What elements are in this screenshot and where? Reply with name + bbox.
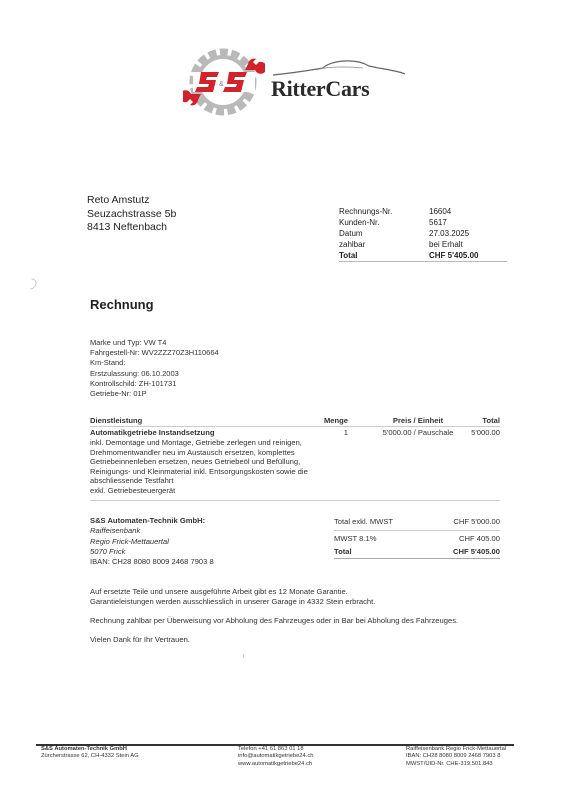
subtotal-row: Total exkl. MWST CHF 5'000.00 — [334, 516, 500, 531]
service-description: Automatikgetriebe Instandsetzung inkl. D… — [90, 428, 320, 496]
vehicle-gearbox-number: Getriebe-Nr: 01P — [90, 389, 219, 399]
service-unit-price: 5'000.00 / Pauschale — [352, 428, 470, 496]
warranty-note: Auf ersetzte Teile und unsere ausgeführt… — [90, 587, 458, 597]
meta-label: Kunden-Nr. — [339, 217, 429, 228]
svg-text:&: & — [219, 81, 224, 88]
meta-value: 5617 — [429, 217, 507, 228]
bank-branch: Regio Frick-Mettauertal — [90, 537, 214, 547]
totals-summary: Total exkl. MWST CHF 5'000.00 MWST 8.1% … — [334, 516, 500, 559]
totals-value: CHF 405.00 — [459, 533, 500, 546]
footer-company-name: S&S Automaten-Technik GmbH — [41, 746, 139, 753]
meta-row-total: Total CHF 5'405.00 — [339, 250, 507, 262]
rittercars-logo: RitterCars — [271, 58, 406, 106]
meta-value: CHF 5'405.00 — [429, 250, 507, 261]
footer-bank-name: Raiffeisenbank Regio Frick-Mettauertal — [406, 746, 506, 753]
totals-label: MWST 8.1% — [334, 533, 376, 546]
table-row: Automatikgetriebe Instandsetzung inkl. D… — [90, 427, 500, 501]
totals-label: Total — [334, 546, 352, 558]
meta-row-date: Datum 27.03.2025 — [339, 228, 507, 239]
meta-row-customer-number: Kunden-Nr. 5617 — [339, 217, 507, 228]
vehicle-mileage: Km-Stand: — [90, 358, 219, 368]
footer-iban: IBAN: CH28 8080 8009 2468 7903 8 — [406, 753, 506, 760]
vehicle-registration-date: Erstzulassung: 06.10.2003 — [90, 369, 219, 379]
customer-city: 8413 Neftenbach — [87, 221, 176, 235]
footer-company: S&S Automaten-Technik GmbH Zürcherstrass… — [41, 746, 139, 761]
bank-iban: IBAN: CH28 8080 8009 2468 7903 8 — [90, 557, 214, 567]
service-qty: 1 — [322, 428, 352, 496]
bank-company: S&S Automaten-Technik GmbH: — [90, 516, 214, 526]
footer-phone: Telefon +41 61 863 01 18 — [238, 746, 314, 753]
meta-value: 27.03.2025 — [429, 228, 507, 239]
table-header: Dienstleistung Menge Preis / Einheit Tot… — [90, 415, 500, 427]
punch-hole-mark — [23, 276, 39, 292]
meta-value: 16604 — [429, 206, 507, 217]
meta-row-invoice-number: Rechnungs-Nr. 16604 — [339, 206, 507, 217]
vat-row: MWST 8.1% CHF 405.00 — [334, 533, 500, 546]
footer-bank: Raiffeisenbank Regio Frick-Mettauertal I… — [406, 746, 506, 768]
brand-name: RitterCars — [271, 76, 369, 102]
invoice-notes: Auf ersetzte Teile und unsere ausgeführt… — [90, 587, 458, 645]
footer-contact: Telefon +41 61 863 01 18 info@automatikg… — [238, 746, 314, 768]
vehicle-vin: Fahrgestell-Nr: WV2ZZZ70Z3H110664 — [90, 348, 219, 358]
footer-email: info@automatikgetriebe24.ch — [238, 753, 314, 760]
header-price: Preis / Einheit — [352, 415, 470, 426]
meta-label: Datum — [339, 228, 429, 239]
service-detail-line: inkl. Demontage und Montage, Getriebe ze… — [90, 438, 320, 448]
service-detail-line: exkl. Getriebesteuergerät — [90, 486, 320, 496]
customer-address: Reto Amstutz Seuzachstrasse 5b 8413 Neft… — [87, 194, 176, 235]
totals-value: CHF 5'000.00 — [453, 516, 500, 530]
vehicle-plate: Kontrollschild: ZH-101731 — [90, 379, 219, 389]
service-total: 5'000.00 — [470, 428, 500, 496]
thanks-note: Vielen Dank für Ihr Vertrauen. — [90, 635, 458, 645]
service-detail-line: Reinigungs- und Kleinmaterial inkl. Ents… — [90, 467, 320, 477]
service-detail-line: Getriebeinnenleben ersetzen, neues Getri… — [90, 457, 320, 467]
customer-street: Seuzachstrasse 5b — [87, 208, 176, 222]
invoice-meta: Rechnungs-Nr. 16604 Kunden-Nr. 5617 Datu… — [339, 206, 507, 262]
totals-label: Total exkl. MWST — [334, 516, 393, 530]
vehicle-info: Marke und Typ: VW T4 Fahrgestell-Nr: WV2… — [90, 338, 219, 399]
header-service: Dienstleistung — [90, 415, 320, 426]
service-detail-line: Drehmomentwandler neu im Austausch erset… — [90, 448, 320, 458]
services-table: Dienstleistung Menge Preis / Einheit Tot… — [90, 415, 500, 501]
ss-gear-wrench-logo-icon: & — [183, 44, 265, 120]
vehicle-make-model: Marke und Typ: VW T4 — [90, 338, 219, 348]
meta-label: zahlbar — [339, 239, 429, 250]
meta-label: Total — [339, 250, 429, 261]
warranty-location-note: Garantieleistungen werden ausschliesslic… — [90, 597, 458, 607]
bank-city: 5070 Frick — [90, 547, 214, 557]
service-detail-line: abschliessende Testfahrt — [90, 476, 320, 486]
company-logo: & RitterCars — [183, 44, 408, 120]
meta-row-payable: zahlbar bei Erhalt — [339, 239, 507, 250]
header-total: Total — [470, 415, 500, 426]
footer-website: www.automatikgetriebe24.ch — [238, 761, 314, 768]
service-title: Automatikgetriebe Instandsetzung — [90, 428, 320, 438]
footer-company-address: Zürcherstrasse 62, CH-4332 Stein AG — [41, 753, 139, 760]
bank-info: S&S Automaten-Technik GmbH: Raiffeisenba… — [90, 516, 214, 567]
header-qty: Menge — [322, 415, 352, 426]
totals-value: CHF 5'405.00 — [453, 546, 500, 558]
car-silhouette-icon — [271, 58, 406, 78]
page-title: Rechnung — [90, 297, 154, 312]
footer-vat-id: MWST/UID-Nr. CHE-319.501.843 — [406, 761, 506, 768]
meta-label: Rechnungs-Nr. — [339, 206, 429, 217]
payment-note: Rechnung zahlbar per Überweisung vor Abh… — [90, 616, 458, 626]
customer-name: Reto Amstutz — [87, 194, 176, 208]
meta-value: bei Erhalt — [429, 239, 507, 250]
grand-total-row: Total CHF 5'405.00 — [334, 546, 500, 559]
bank-name: Raiffeisenbank — [90, 526, 214, 536]
scan-artifact — [243, 654, 244, 658]
